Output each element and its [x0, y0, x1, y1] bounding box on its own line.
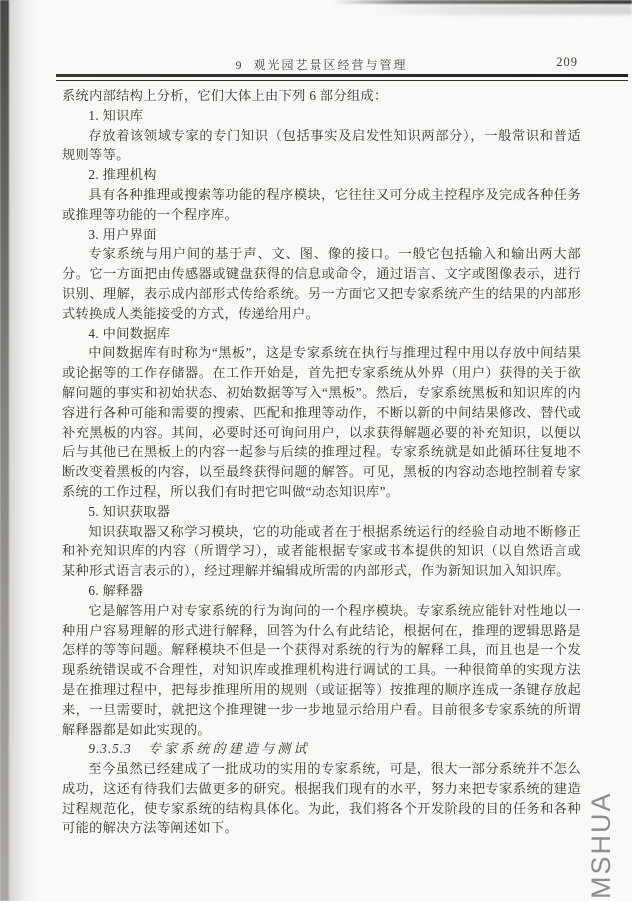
paragraph-inference-engine: 具有各种推理或搜索等功能的程序模块，它往往又可分成主控程序及完成各种任务或推理等… — [62, 185, 581, 225]
paragraph-intermediate-database: 中间数据库有时称为“黑板”，这是专家系统在执行与推理过程中用以存放中间结果或论据… — [62, 343, 581, 501]
chapter-number: 9 — [235, 58, 241, 72]
paragraph-knowledge-base: 存放着该领域专家的专门知识（包括事实及启发性知识两部分），一般常识和普适规则等等… — [62, 126, 581, 166]
continuation-paragraph: 系统内部结构上分析，它们大体上由下列 6 部分组成： — [62, 86, 581, 106]
item-heading-inference-engine: 2. 推理机构 — [62, 165, 581, 185]
page-body-text: 系统内部结构上分析，它们大体上由下列 6 部分组成： 1. 知识库 存放着该领域… — [62, 86, 581, 838]
section-number: 9.3.5.3 — [88, 741, 131, 756]
scan-left-edge-shadow — [0, 0, 9, 901]
item-heading-interpreter: 6. 解释器 — [62, 581, 581, 601]
section-title: 专家系统的建造与测试 — [148, 741, 310, 756]
paragraph-construction-testing: 至今虽然已经建成了一批成功的实用的专家系统，可是，很大一部分系统并不怎么成功，这… — [62, 759, 581, 838]
header-rule-thick — [56, 74, 628, 77]
item-heading-knowledge-acquirer: 5. 知识获取器 — [62, 502, 581, 522]
running-header: 9观光园艺景区经营与管理 — [62, 56, 581, 73]
scan-top-edge-smudge — [372, 5, 632, 15]
paragraph-knowledge-acquirer: 知识获取器又称学习模块，它的功能或者在于根据系统运行的经验自动地不断修正和补充知… — [62, 522, 581, 581]
paragraph-user-interface: 专家系统与用户间的基于声、文、图、像的接口。一般它包括输入和输出两大部分。它一方… — [62, 244, 581, 323]
paragraph-interpreter: 它是解答用户对专家系统的行为询问的一个程序模块。专家系统应能针对性地以一种用户容… — [62, 601, 581, 740]
scan-left-edge-fade — [9, 0, 39, 901]
section-heading-building-testing: 9.3.5.3专家系统的建造与测试 — [62, 739, 581, 759]
page-number: 209 — [556, 55, 578, 70]
item-heading-knowledge-base: 1. 知识库 — [62, 106, 581, 126]
item-heading-intermediate-database: 4. 中间数据库 — [62, 324, 581, 344]
header-rule-thin — [56, 80, 628, 81]
item-heading-user-interface: 3. 用户界面 — [62, 225, 581, 245]
running-title: 观光园艺景区经营与管理 — [253, 58, 407, 72]
watermark-text: MSHUA — [586, 771, 618, 899]
scan-top-edge-shadow — [332, 0, 632, 4]
